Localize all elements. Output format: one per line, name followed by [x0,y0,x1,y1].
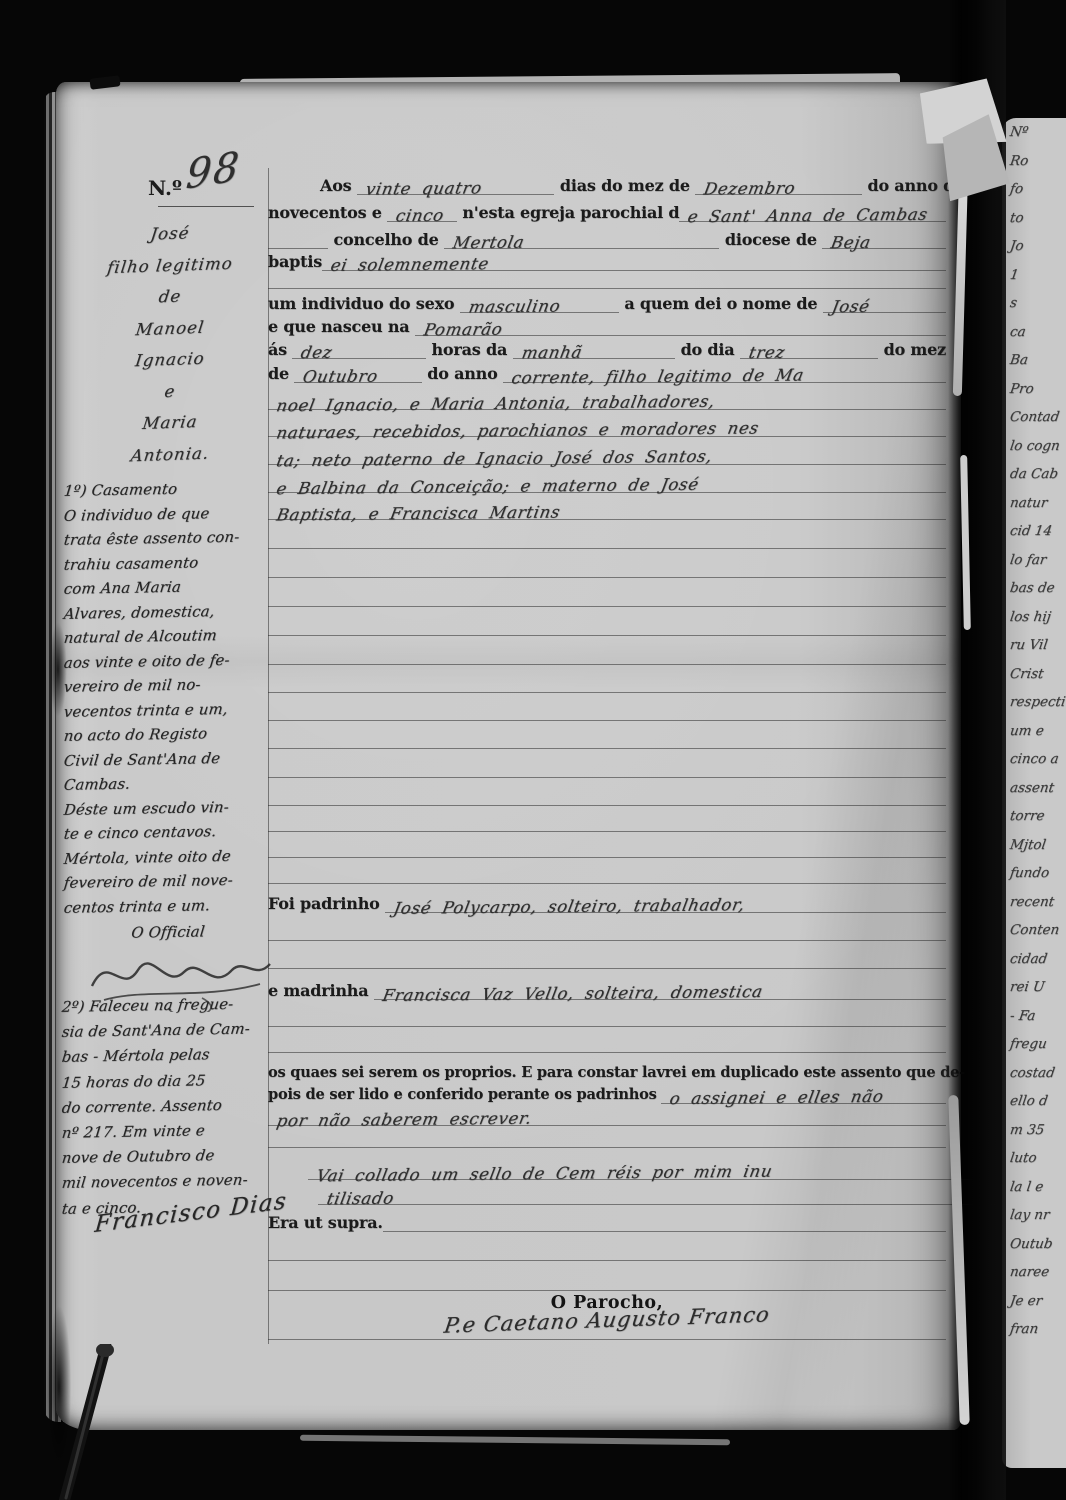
adjacent-page-fragment: bas de [1000,574,1066,603]
adjacent-page-fragment: Mjtol [1000,831,1066,860]
margin-note-line: Cambas. [63,770,274,798]
form-row [268,1237,946,1261]
form-row [268,945,946,969]
form-row: um individuo do sexo masculino a quem de… [268,289,946,313]
handwritten-entry: José Polycarpo, solteiro, trabalhador, [392,896,747,918]
ruled-blank [268,1003,946,1027]
ruled-blank [268,265,946,289]
adjacent-page-fragment: s [1000,289,1066,318]
form-row: concelho de Mertola diocese de Beja [268,225,946,249]
printed-form-text: Foi padrinho [268,894,385,913]
form-row: ás dez horas da manhã do dia trez do mez [268,335,946,359]
ruled-blank: o assignei e elles não [661,1080,946,1104]
handwritten-entry: Outubro [302,368,380,387]
margin-note-line: fevereiro de mil nove- [63,868,274,896]
printed-form-text: e que nasceu na [268,317,415,336]
ruled-blank: trez [740,335,878,359]
ruled-blank [268,1237,946,1261]
adjacent-page-fragment: rei U [1000,973,1066,1002]
adjacent-page-fragment: fregu [1000,1030,1066,1059]
adjacent-page-fragment: fo [1000,175,1066,204]
margin-marriage-annotation: 1º) CasamentoO individuo de quetrata êst… [64,478,272,946]
ruled-blank: masculino [460,289,619,313]
printed-form-text: ás [268,340,292,359]
form-row [268,1003,946,1027]
ruled-blank: vinte quatro [357,171,555,195]
ruled-blank [268,1029,946,1053]
ruled-blank [268,525,946,549]
adjacent-page-fragment: Conten [1000,916,1066,945]
ruled-blank: e Balbina da Conceição; e materno de Jos… [268,469,946,493]
ruled-blank [268,860,946,884]
adjacent-page-fragment: ello d [1000,1087,1066,1116]
adjacent-page-fragment: lo cogn [1000,432,1066,461]
handwritten-entry: vinte quatro [364,179,483,198]
form-row: e madrinha Francisca Vaz Vello, solteira… [268,976,946,1000]
margin-note-line: Civil de Sant'Ana de [63,746,274,774]
form-row [268,725,946,749]
adjacent-page-fragment: fran [1000,1315,1066,1344]
printed-form-text: um individuo do sexo [268,294,460,313]
printed-form-text: do mez [878,340,946,359]
ruled-blank: dez [292,335,426,359]
ruled-blank: Vai collado um sello de Cem réis por mim… [308,1156,986,1180]
handwritten-entry: Baptista, e Francisca Martins [275,504,562,525]
margin-note-line: vecentos trinta e um, [63,697,274,725]
form-row: novecentos e cinco n'esta egreja parochi… [268,198,946,222]
margin-note-line: te e cinco centavos. [63,819,274,847]
adjacent-page-fragment: Je er [1000,1287,1066,1316]
margin-note-line: O individuo de que [63,501,274,529]
form-row [268,265,946,289]
margin-note-line: nº 217. Em vinte e [60,1117,271,1146]
adjacent-page-fragment: costad [1000,1059,1066,1088]
handwritten-entry: tilisado [325,1190,395,1209]
margin-note-line: aos vinte e oito de fe- [63,648,274,676]
form-row: Era ut supra. [268,1208,946,1232]
adjacent-page-fragment: ca [1000,318,1066,347]
adjacent-page-fragment: assent [1000,774,1066,803]
printed-form-text: horas da [426,340,512,359]
adjacent-page-fragment: - Fa [1000,1002,1066,1031]
margin-note-line: bas - Mértola pelas [60,1042,271,1071]
adjacent-page-fragment: torre [1000,802,1066,831]
ruled-blank [268,225,328,249]
adjacent-page-fragment: Outub [1000,1230,1066,1259]
ruled-blank: Outubro [294,359,422,383]
form-row [268,754,946,778]
ruled-blank: tilisado [318,1181,996,1205]
ruled-blank [268,583,946,607]
margin-note-line: centos trinta e um. [63,893,274,921]
margin-note-line: do corrente. Assento [60,1092,271,1121]
form-row: por não saberem escrever. [268,1102,946,1126]
adjacent-page-fragment: luto [1000,1144,1066,1173]
margin-note-line: 1º) Casamento [63,476,274,504]
bookmark-cord [54,1344,118,1500]
form-row: Baptista, e Francisca Martins [268,496,946,520]
form-row [268,782,946,806]
adjacent-page-fragment: m 35 [1000,1116,1066,1145]
form-row: tilisado [268,1181,996,1205]
adjacent-page-fragment: los hij [1000,603,1066,632]
adjacent-page-fragment: Ba [1000,346,1066,375]
handwritten-entry: Dezembro [702,180,797,199]
margin-death-annotation: 2º) Faleceu na fregue-sia de Sant'Ana de… [62,993,270,1220]
margin-filiation-note: Joséfilho legitimodeManoelIgnacioeMariaA… [74,218,266,470]
ruled-blank [268,554,946,578]
form-row [268,525,946,549]
ruled-blank [268,641,946,665]
record-number-value: 98 [184,143,242,199]
handwritten-entry: Francisca Vaz Vello, solteira, domestica [381,983,764,1005]
ruled-blank: Dezembro [695,171,862,195]
margin-note-line: mil novecentos e noven- [60,1168,271,1197]
margin-note-line: trahiu casamento [63,550,274,578]
handwritten-entry: cinco [394,207,445,225]
ruled-blank: cinco [387,198,457,222]
printed-form-text: a quem dei o nome de [619,294,823,313]
ruled-blank: Mertola [444,225,720,249]
ruled-blank: Baptista, e Francisca Martins [268,496,946,520]
adjacent-page-fragment: Nº [1000,118,1066,147]
printed-form-text: dias do mez de [554,176,695,195]
handwritten-entry: naturaes, recebidos, parochianos e morad… [275,419,760,442]
handwritten-entry: e Balbina da Conceição; e materno de Jos… [275,476,701,498]
form-row [268,917,946,941]
printed-form-text: Aos [320,176,357,195]
torn-corner [89,75,120,90]
form-row: Vai collado um sello de Cem réis por mim… [268,1156,986,1180]
printed-form-text: Era ut supra. [268,1213,383,1232]
margin-note-line: com Ana Maria [63,574,274,602]
ruled-blank: Beja [822,225,946,249]
register-page: N.º 98 Aos vinte quatro dias do mez de D… [56,82,961,1430]
form-row: os quaes sei serem os proprios. E para c… [268,1058,946,1082]
form-row: e que nasceu na Pomarão [268,312,946,336]
form-row [268,808,946,832]
ruled-blank [268,808,946,832]
printed-form-text: de [268,364,294,383]
adjacent-page-fragment: um e [1000,717,1066,746]
ruled-blank [383,1208,946,1232]
printed-form-text: do dia [675,340,740,359]
adjacent-page-fragment: to [1000,204,1066,233]
handwritten-entry: ta; neto paterno de Ignacio José dos San… [275,448,714,471]
sheet-edge-bottom [300,1435,730,1446]
adjacent-page-fragment: Crist [1000,660,1066,689]
ruled-blank: José Polycarpo, solteiro, trabalhador, [385,889,946,913]
printed-form-text: novecentos e [268,203,387,222]
ruled-blank: corrente, filho legitimo de Ma [503,359,946,383]
ruled-blank [268,754,946,778]
margin-filiation-line: Antonia. [72,435,269,473]
ruled-blank [268,917,946,941]
margin-note-line: 2º) Faleceu na fregue- [60,991,271,1020]
form-row: e Balbina da Conceição; e materno de Jos… [268,469,946,493]
adjacent-page-fragment: da Cab [1000,460,1066,489]
form-row: naturaes, recebidos, parochianos e morad… [268,413,946,437]
margin-note-line: Déste um escudo vin- [63,795,274,823]
form-row: ta; neto paterno de Ignacio José dos San… [268,441,946,465]
adjacent-page-fragment: natur [1000,489,1066,518]
ruled-blank: manhã [513,335,676,359]
form-row [268,697,946,721]
ruled-blank [268,612,946,636]
form-row: Foi padrinho José Polycarpo, solteiro, t… [268,889,946,913]
form-row: noel Ignacio, e Maria Antonia, trabalhad… [268,386,946,410]
adjacent-page-fragment: cinco a [1000,745,1066,774]
form-row [268,834,946,858]
adjacent-page-fragment: fundo [1000,859,1066,888]
adjacent-page-fragment: ru Vil [1000,631,1066,660]
handwritten-entry: noel Ignacio, e Maria Antonia, trabalhad… [275,393,717,416]
adjacent-page-fragment: naree [1000,1258,1066,1287]
ruled-blank [268,945,946,969]
ruled-blank: por não saberem escrever. [268,1102,946,1126]
form-row [268,612,946,636]
adjacent-page-fragment: lay nr [1000,1201,1066,1230]
margin-note-line: natural de Alcoutim [63,623,274,651]
margin-note-line: vereiro de mil no- [63,672,274,700]
adjacent-page-sliver: NºRofotoJo1scaBaProContadlo cognda Cabna… [1002,118,1066,1468]
adjacent-page-fragment: lo far [1000,546,1066,575]
adjacent-page-fragment: cidad [1000,945,1066,974]
ruled-blank [268,1267,946,1291]
handwritten-entry: e Sant' Anna de Cambas [687,206,930,227]
adjacent-page-fragment: la l e [1000,1173,1066,1202]
margin-note-line: no acto do Registo [63,721,274,749]
margin-note-line: trata êste assento con- [63,525,274,553]
scanned-baptism-register: N.º 98 Aos vinte quatro dias do mez de D… [0,0,1066,1500]
adjacent-page-fragment: 1 [1000,261,1066,290]
ruled-blank [268,834,946,858]
adjacent-page-fragment: Pro [1000,375,1066,404]
ruled-blank: Pomarão [415,312,946,336]
ruled-blank: Francisca Vaz Vello, solteira, domestica [374,976,946,1000]
adjacent-page-fragment: Contad [1000,403,1066,432]
printed-form-text: do anno [422,364,503,383]
ruled-blank [268,1124,946,1148]
form-row: pois de ser lido e conferido perante os … [268,1080,946,1104]
adjacent-page-fragment: recent [1000,888,1066,917]
ruled-blank: ta; neto paterno de Ignacio José dos San… [268,441,946,465]
form-row [268,860,946,884]
form-row [268,669,946,693]
adjacent-page-fragment: cid 14 [1000,517,1066,546]
form-row [268,1029,946,1053]
form-row [268,554,946,578]
adjacent-page-fragment: Ro [1000,147,1066,176]
ruled-blank [268,725,946,749]
form-row [268,641,946,665]
form-row [268,583,946,607]
ruled-blank: José [823,289,946,313]
form-row [268,1267,946,1291]
ruled-blank [268,782,946,806]
ruled-blank [268,697,946,721]
ruled-blank [268,669,946,693]
printed-form-text: e madrinha [268,981,374,1000]
form-row: Aos vinte quatro dias do mez de Dezembro… [268,171,998,195]
margin-note-line: Mértola, vinte oito de [63,844,274,872]
form-row: de Outubro do anno corrente, filho legit… [268,359,946,383]
margin-note-line: 15 horas do dia 25 [60,1067,271,1096]
adjacent-page-fragment: Jo [1000,232,1066,261]
margin-note-line: Alvares, domestica, [63,599,274,627]
printed-form-text: n'esta egreja parochial d [457,203,679,222]
form-row [268,1124,946,1148]
ruled-blank: e Sant' Anna de Cambas [679,198,946,222]
handwritten-entry: corrente, filho legitimo de Ma [510,366,806,387]
ruled-blank: noel Ignacio, e Maria Antonia, trabalhad… [268,386,946,410]
ruled-blank: naturaes, recebidos, parochianos e morad… [268,413,946,437]
adjacent-page-fragment: respecti [1000,688,1066,717]
